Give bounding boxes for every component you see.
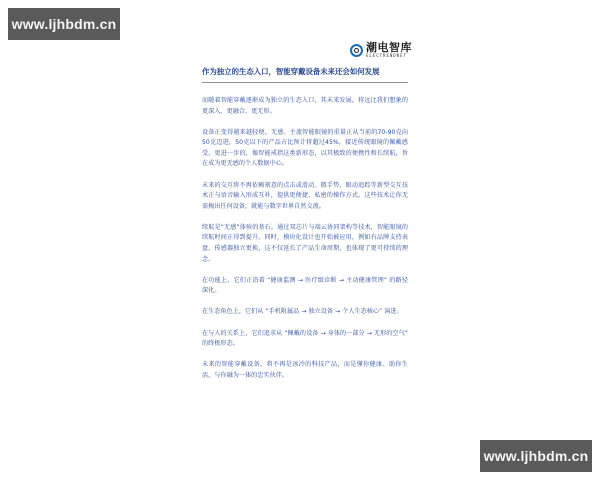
article-paragraph: 设备正变得越来越轻便、无感。主流智能眼镜的重量正从当前的70-90克向50克迈进… bbox=[202, 128, 408, 170]
electrend-logo-icon bbox=[350, 44, 363, 57]
article-paragraph: 而随着智能穿戴逐渐成为独立的生态入口，其未来发展，将远比我们想象的更深入、更融合… bbox=[202, 96, 408, 117]
page: www.ljhbdm.cn 潮电智库 ELECTRENDNET 作为独立的生态入… bbox=[0, 0, 600, 480]
article: 作为独立的生态入口，智能穿戴设备未来还会如何发展 而随着智能穿戴逐渐成为独立的生… bbox=[202, 66, 408, 392]
logo-text: 潮电智库 ELECTRENDNET bbox=[366, 42, 412, 58]
watermark-text: www.ljhbdm.cn bbox=[484, 448, 589, 464]
watermark-text: www.ljhbdm.cn bbox=[12, 16, 117, 32]
article-paragraph: 未来的智能穿戴设备，将不再是冰冷的科技产品，而是懂你健康、助你生活、与你融为一体… bbox=[202, 360, 408, 381]
logo-name-cn: 潮电智库 bbox=[366, 42, 412, 53]
article-paragraph: 在功能上，它们正沿着 “健康监测 → 医疗级诊断 → 主动健康管理” 的路径深化… bbox=[202, 276, 408, 297]
brand-logo: 潮电智库 ELECTRENDNET bbox=[350, 42, 412, 58]
article-paragraph: 在生态角色上，它们从 “手机附属品 → 独立设备 → 个人生态核心” 演进。 bbox=[202, 307, 408, 318]
watermark-bottom: www.ljhbdm.cn bbox=[480, 440, 592, 472]
article-paragraph: 在与人的关系上，它们追求从 “佩戴的设备 → 身体的一部分 → 无形的空气” 的… bbox=[202, 329, 408, 350]
article-title: 作为独立的生态入口，智能穿戴设备未来还会如何发展 bbox=[202, 66, 408, 83]
article-paragraph: 续航是“无感”体验的基石。通过双芯片与端云协同架构等技术，智能眼镜的续航时间正得… bbox=[202, 223, 408, 265]
article-paragraph: 未来的交互将不再依赖刻意的点击或滑动。微手势、眼动追踪等新型交互技术正与语音输入… bbox=[202, 181, 408, 213]
logo-name-en: ELECTRENDNET bbox=[366, 54, 412, 58]
watermark-top: www.ljhbdm.cn bbox=[8, 8, 120, 40]
